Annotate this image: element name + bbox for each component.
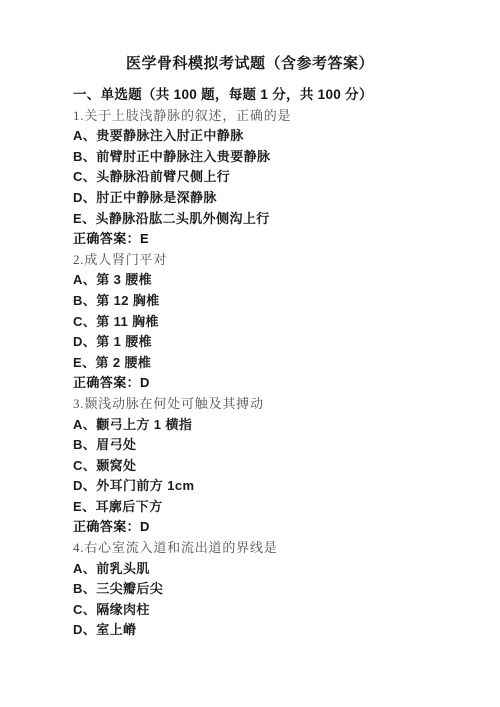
option-line: C、头静脉沿前臂尺侧上行: [73, 167, 472, 188]
option-line: B、三尖瓣后尖: [73, 579, 472, 600]
option-line: D、室上嵴: [73, 620, 472, 641]
exam-document-page: 医学骨科模拟考试题（含参考答案） 一、单选题（共 100 题，每题 1 分，共 …: [0, 0, 500, 707]
option-line: B、眉弓处: [73, 435, 472, 456]
option-line: E、头静脉沿肱二头肌外侧沟上行: [73, 209, 472, 230]
question-text: 3.颞浅动脉在何处可触及其搏动: [73, 394, 472, 415]
section-heading: 一、单选题（共 100 题，每题 1 分，共 100 分）: [73, 85, 472, 106]
answer-line: 正确答案：D: [73, 373, 472, 394]
option-line: C、隔缘肉柱: [73, 600, 472, 621]
question-block-1: 1.关于上肢浅静脉的叙述，正确的是 A、贵要静脉注入肘正中静脉 B、前臂肘正中静…: [73, 106, 472, 250]
document-body: 一、单选题（共 100 题，每题 1 分，共 100 分） 1.关于上肢浅静脉的…: [0, 85, 500, 641]
option-line: D、外耳门前方 1cm: [73, 476, 472, 497]
option-line: D、第 1 腰椎: [73, 332, 472, 353]
document-title: 医学骨科模拟考试题（含参考答案）: [0, 55, 500, 73]
option-line: A、颧弓上方 1 横指: [73, 415, 472, 436]
question-text: 1.关于上肢浅静脉的叙述，正确的是: [73, 106, 472, 127]
option-line: B、第 12 胸椎: [73, 291, 472, 312]
option-line: D、肘正中静脉是深静脉: [73, 188, 472, 209]
option-line: B、前臂肘正中静脉注入贵要静脉: [73, 147, 472, 168]
option-line: A、贵要静脉注入肘正中静脉: [73, 126, 472, 147]
question-text: 4.右心室流入道和流出道的界线是: [73, 538, 472, 559]
answer-line: 正确答案：D: [73, 517, 472, 538]
question-block-4: 4.右心室流入道和流出道的界线是 A、前乳头肌 B、三尖瓣后尖 C、隔缘肉柱 D…: [73, 538, 472, 641]
option-line: C、颞窝处: [73, 456, 472, 477]
option-line: C、第 11 胸椎: [73, 312, 472, 333]
question-block-2: 2.成人肾门平对 A、第 3 腰椎 B、第 12 胸椎 C、第 11 胸椎 D、…: [73, 250, 472, 394]
option-line: A、前乳头肌: [73, 559, 472, 580]
answer-line: 正确答案：E: [73, 229, 472, 250]
option-line: E、耳廓后下方: [73, 497, 472, 518]
question-block-3: 3.颞浅动脉在何处可触及其搏动 A、颧弓上方 1 横指 B、眉弓处 C、颞窝处 …: [73, 394, 472, 538]
option-line: A、第 3 腰椎: [73, 270, 472, 291]
option-line: E、第 2 腰椎: [73, 353, 472, 374]
question-text: 2.成人肾门平对: [73, 250, 472, 271]
